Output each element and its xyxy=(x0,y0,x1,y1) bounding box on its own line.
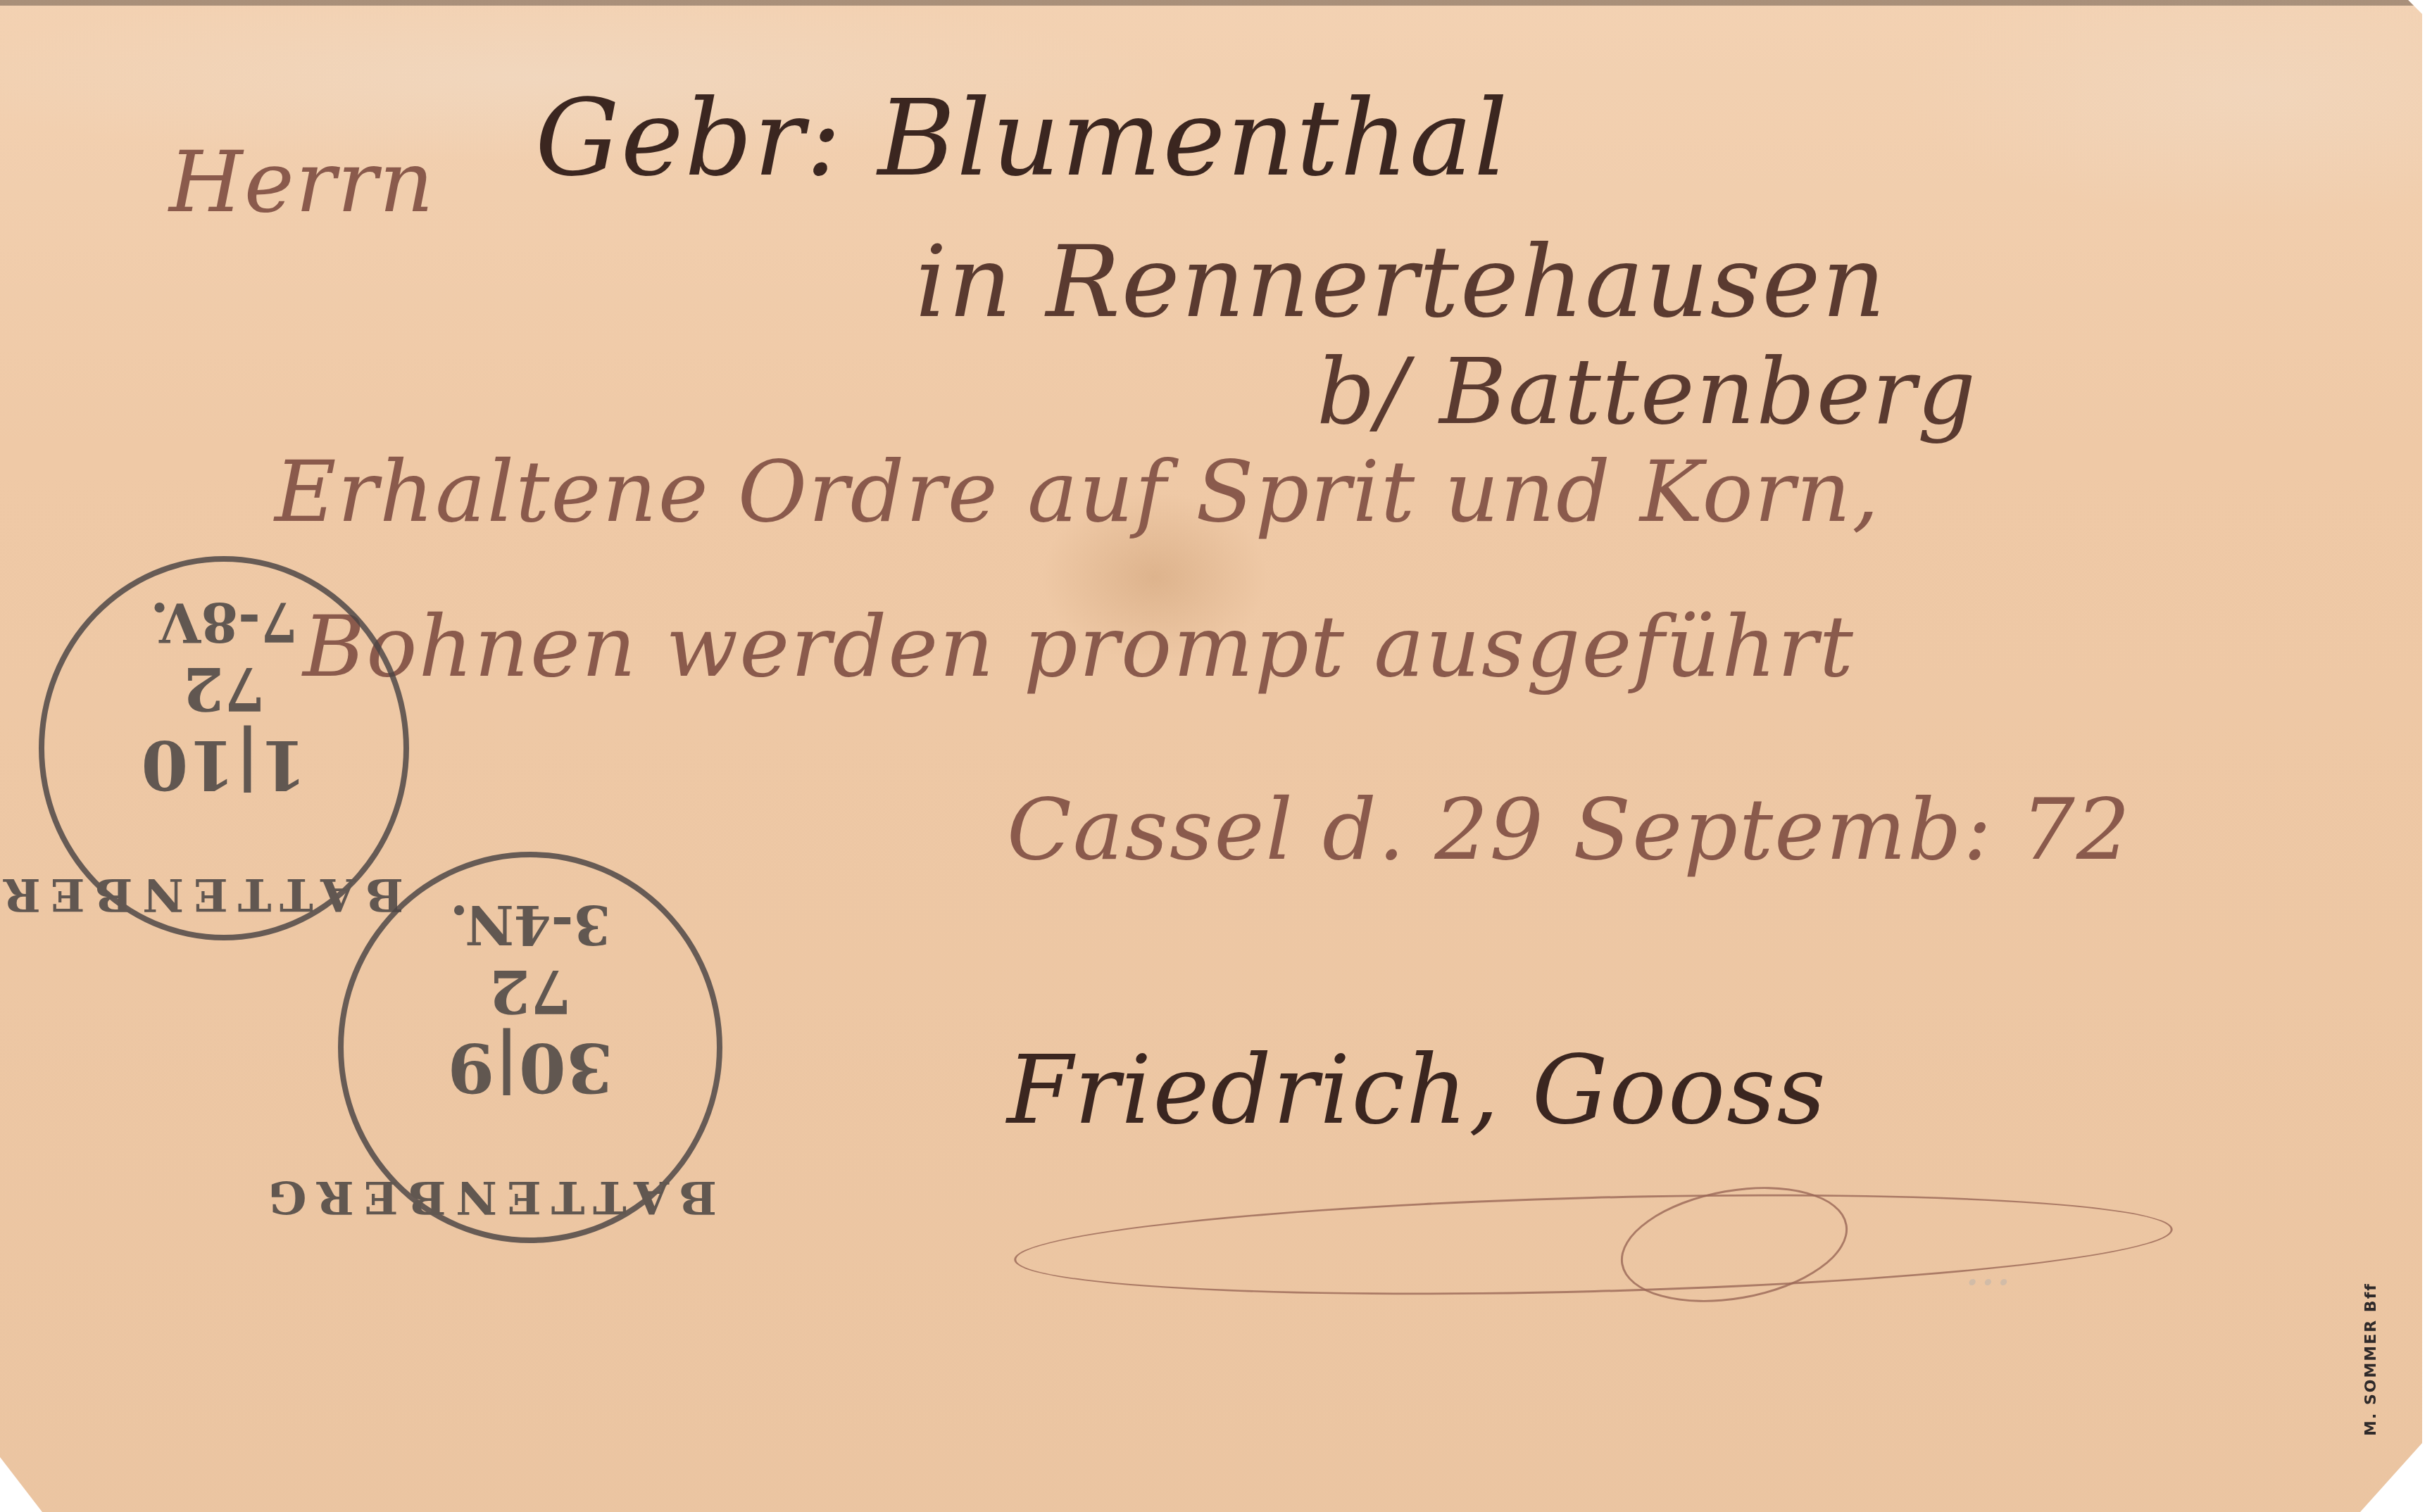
printer-mark: M. SOMMER Bff xyxy=(2362,1283,2380,1436)
signature: Friedrich, Gooss xyxy=(1007,1035,1827,1145)
postmark-time: 7-8V. xyxy=(44,591,403,653)
address-place: in Rennertehausen xyxy=(915,225,1887,340)
address-post-office: b/ Battenberg xyxy=(1317,338,1977,445)
card-top-edge xyxy=(0,0,2432,6)
message-date-line: Cassel d. 29 Septemb: 72 xyxy=(1007,781,2131,879)
message-line-1: Erhaltene Ordre auf Sprit und Korn, xyxy=(275,443,1880,541)
postmark-battenberg-30-9: BATTENBERG 30|9 72 3-4N. xyxy=(338,852,722,1243)
postmark-battenberg-1-10: BATTENBERG 1|10 72 7-8V. xyxy=(39,556,409,940)
address-recipient: Gebr: Blumenthal xyxy=(535,77,1509,200)
postmark-year: 72 xyxy=(44,654,403,724)
postcard: Herrn Gebr: Blumenthal in Rennertehausen… xyxy=(0,0,2432,1512)
postmark-time: 3-4N. xyxy=(344,893,717,956)
postmark-year: 72 xyxy=(344,957,717,1026)
faint-pencil-note: ... xyxy=(1964,1239,2012,1297)
postmark-date: 30|9 xyxy=(344,1028,717,1107)
address-salutation: Herrn xyxy=(169,134,435,232)
signature-loop-icon xyxy=(1612,1171,1857,1318)
postmark-date: 1|10 xyxy=(44,725,403,805)
message-line-2: Bohnen werden prompt ausgeführt xyxy=(303,598,1855,696)
postmark-ring-text: BATTENBERG xyxy=(344,1171,717,1223)
